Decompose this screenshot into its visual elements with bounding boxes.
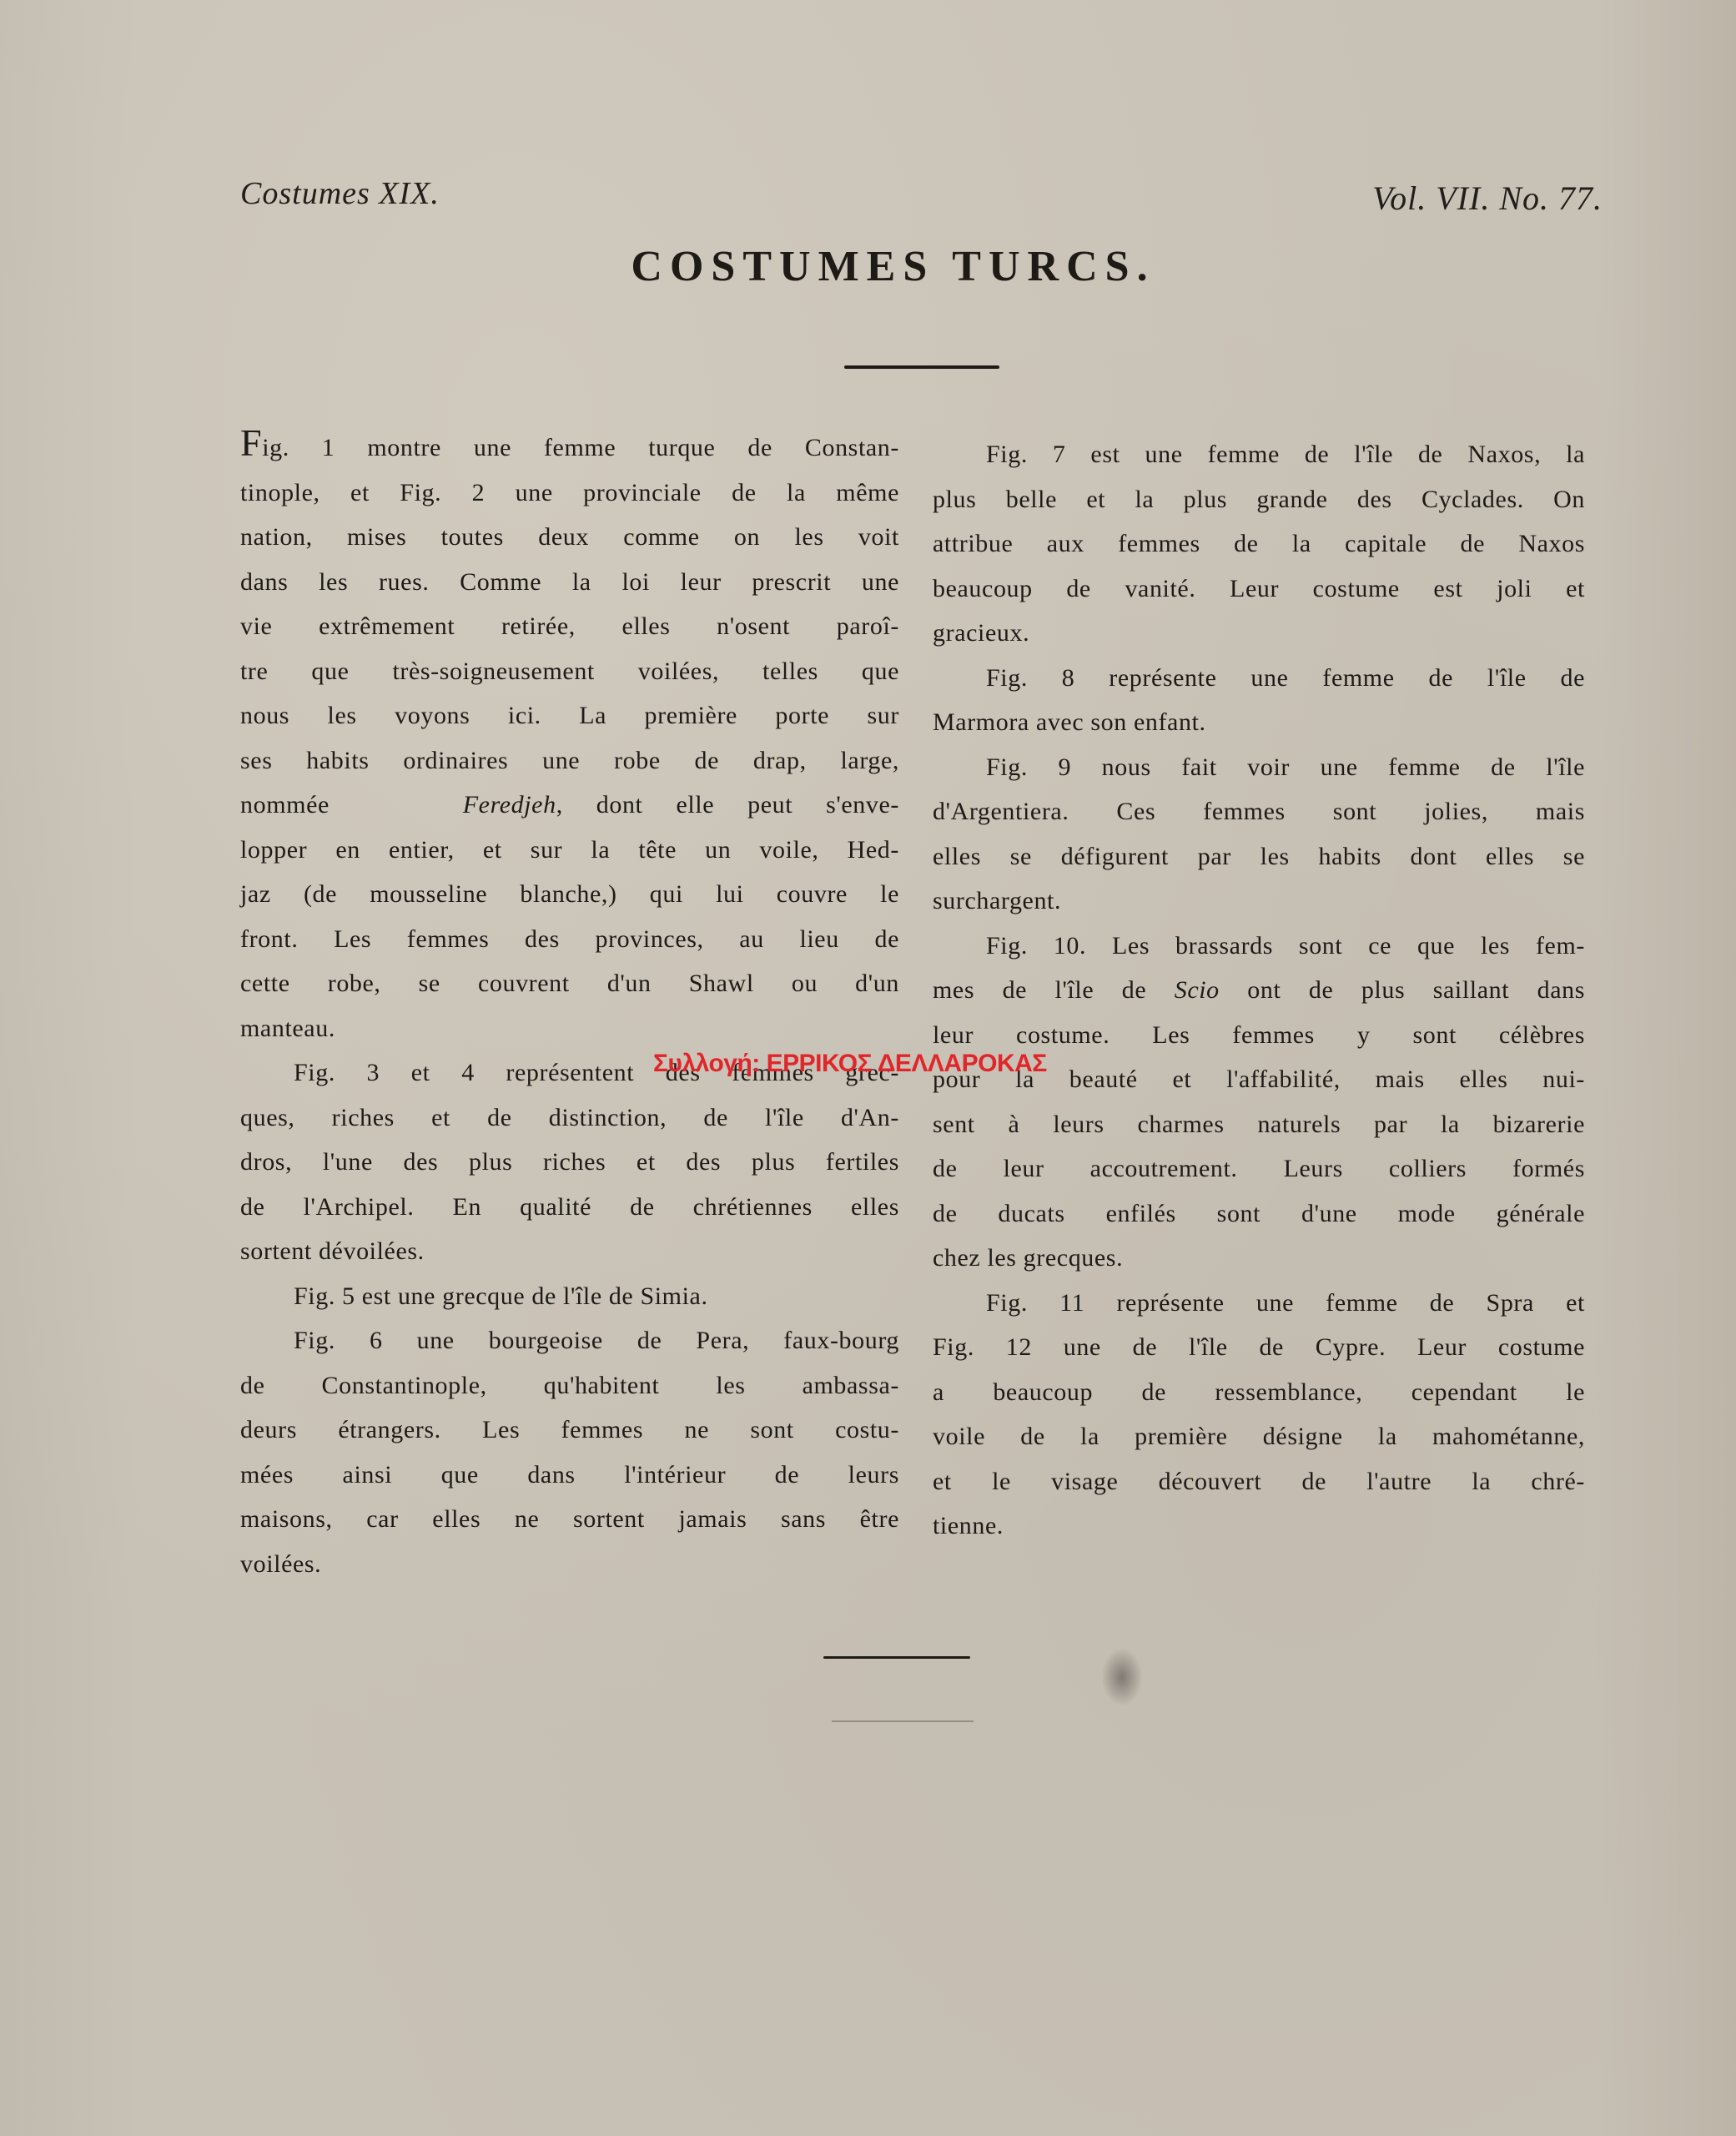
text-line: jaz (de mousseline blanche,) qui lui cou…: [240, 872, 899, 917]
collection-watermark: Συλλογή: ΕΡΡΙΚΟΣ ΔΕΛΛΑΡΟΚΑΣ: [653, 1050, 1047, 1078]
left-column: Fig. 1 montre une femme turque de Consta…: [240, 426, 899, 1586]
text-line: mes de l'île de Scio ont de plus saillan…: [933, 968, 1585, 1013]
drop-cap: F: [240, 421, 262, 464]
text-line: nation, mises toutes deux comme on les v…: [240, 515, 899, 560]
text-line: lopper en entier, et sur la tête un voil…: [240, 828, 899, 873]
paragraph-fig-11-12: Fig. 11 représente une femme de Spra et …: [933, 1281, 1585, 1549]
end-rule-divider: [823, 1656, 970, 1659]
text-line: front. Les femmes des provinces, au lieu…: [240, 917, 899, 962]
text-line: manteau.: [240, 1006, 899, 1051]
text-line: chez les grecques.: [933, 1236, 1585, 1281]
text-line: tre que très-soigneusement voilées, tell…: [240, 649, 899, 694]
text-line: plus belle et la plus grande des Cyclade…: [933, 477, 1585, 522]
text-line: beaucoup de vanité. Leur costume est jol…: [933, 567, 1585, 612]
text-line: Fig. 10. Les brassards sont ce que les f…: [933, 924, 1585, 969]
paragraph-fig-5: Fig. 5 est une grecque de l'île de Simia…: [240, 1274, 899, 1319]
text-line: nommée Feredjeh, dont elle peut s'enve-: [240, 783, 899, 828]
text-line: Fig. 5 est une grecque de l'île de Simia…: [240, 1274, 899, 1319]
text-fragment: mes de l'île de: [933, 976, 1146, 1004]
text-line: sent à leurs charmes naturels par la biz…: [933, 1102, 1585, 1147]
text-line: elles se défigurent par les habits dont …: [933, 834, 1585, 879]
text-line: tienne.: [933, 1504, 1585, 1549]
text-line: Fig. 9 nous fait voir une femme de l'île: [933, 745, 1585, 790]
text-line: voile de la première désigne la mahométa…: [933, 1414, 1585, 1459]
text-line: de ducats enfilés sont d'une mode généra…: [933, 1191, 1585, 1237]
text-line: et le visage découvert de l'autre la chr…: [933, 1459, 1585, 1504]
italic-term-scio: Scio: [1175, 976, 1220, 1004]
paragraph-fig-6: Fig. 6 une bourgeoise de Pera, faux-bour…: [240, 1318, 899, 1586]
text-line: ig. 1 montre une femme turque de Constan…: [262, 434, 899, 461]
text-line: Fig. 7 est une femme de l'île de Naxos, …: [933, 432, 1585, 477]
text-line: Fig. 12 une de l'île de Cypre. Leur cost…: [933, 1325, 1585, 1370]
paragraph-fig-9: Fig. 9 nous fait voir une femme de l'île…: [933, 745, 1585, 924]
text-line: de leur accoutrement. Leurs colliers for…: [933, 1146, 1585, 1191]
text-fragment: nommée: [240, 791, 330, 819]
text-line: attribue aux femmes de la capitale de Na…: [933, 521, 1585, 567]
text-line: mées ainsi que dans l'intérieur de leurs: [240, 1453, 899, 1498]
book-page: Costumes XIX. Vol. VII. No. 77. COSTUMES…: [0, 0, 1736, 2136]
text-line: Fig. 8 représente une femme de l'île de: [933, 656, 1585, 701]
text-line: dros, l'une des plus riches et des plus …: [240, 1140, 899, 1185]
show-through-rule: [832, 1720, 974, 1722]
text-line: d'Argentiera. Ces femmes sont jolies, ma…: [933, 789, 1585, 834]
running-head-left: Costumes XIX.: [240, 175, 440, 212]
text-line: voilées.: [240, 1542, 899, 1587]
text-line: de Constantinople, qu'habitent les ambas…: [240, 1363, 899, 1408]
paragraph-fig-7: Fig. 7 est une femme de l'île de Naxos, …: [933, 432, 1585, 656]
text-line: vie extrêmement retirée, elles n'osent p…: [240, 604, 899, 649]
running-head-right: Vol. VII. No. 77.: [1372, 179, 1603, 218]
paragraph-fig-10: Fig. 10. Les brassards sont ce que les f…: [933, 924, 1585, 1281]
title-rule-divider: [844, 365, 999, 369]
text-line: gracieux.: [933, 611, 1585, 656]
text-fragment: , dont elle peut s'enve-: [556, 791, 899, 819]
page-title: COSTUMES TURCS.: [0, 242, 1736, 291]
text-line: dans les rues. Comme la loi leur prescri…: [240, 560, 899, 605]
ink-bleed-mark: [1101, 1648, 1143, 1706]
text-line: ses habits ordinaires une robe de drap, …: [240, 738, 899, 783]
text-line: Fig. 11 représente une femme de Spra et: [933, 1281, 1585, 1326]
text-line: Marmora avec son enfant.: [933, 700, 1585, 745]
text-line: surchargent.: [933, 879, 1585, 924]
text-line: Fig. 6 une bourgeoise de Pera, faux-bour…: [240, 1318, 899, 1363]
text-fragment: ont de plus saillant dans: [1247, 976, 1585, 1004]
text-line: a beaucoup de ressemblance, cependant le: [933, 1370, 1585, 1415]
italic-term-feredjeh: Feredjeh: [463, 791, 556, 819]
paragraph-fig-8: Fig. 8 représente une femme de l'île de …: [933, 656, 1585, 745]
text-line: sortent dévoilées.: [240, 1229, 899, 1274]
text-line: ques, riches et de distinction, de l'île…: [240, 1096, 899, 1141]
text-line: nous les voyons ici. La première porte s…: [240, 693, 899, 738]
paragraph-fig-1-2: Fig. 1 montre une femme turque de Consta…: [240, 426, 899, 1050]
right-column: Fig. 7 est une femme de l'île de Naxos, …: [933, 432, 1585, 1549]
text-line: de l'Archipel. En qualité de chrétiennes…: [240, 1185, 899, 1230]
text-line: cette robe, se couvrent d'un Shawl ou d'…: [240, 961, 899, 1006]
text-line: tinople, et Fig. 2 une provinciale de la…: [240, 471, 899, 516]
text-line: maisons, car elles ne sortent jamais san…: [240, 1497, 899, 1542]
text-line: deurs étrangers. Les femmes ne sont cost…: [240, 1408, 899, 1453]
paragraph-fig-3-4: Fig. 3 et 4 représentent des femmes grec…: [240, 1050, 899, 1274]
